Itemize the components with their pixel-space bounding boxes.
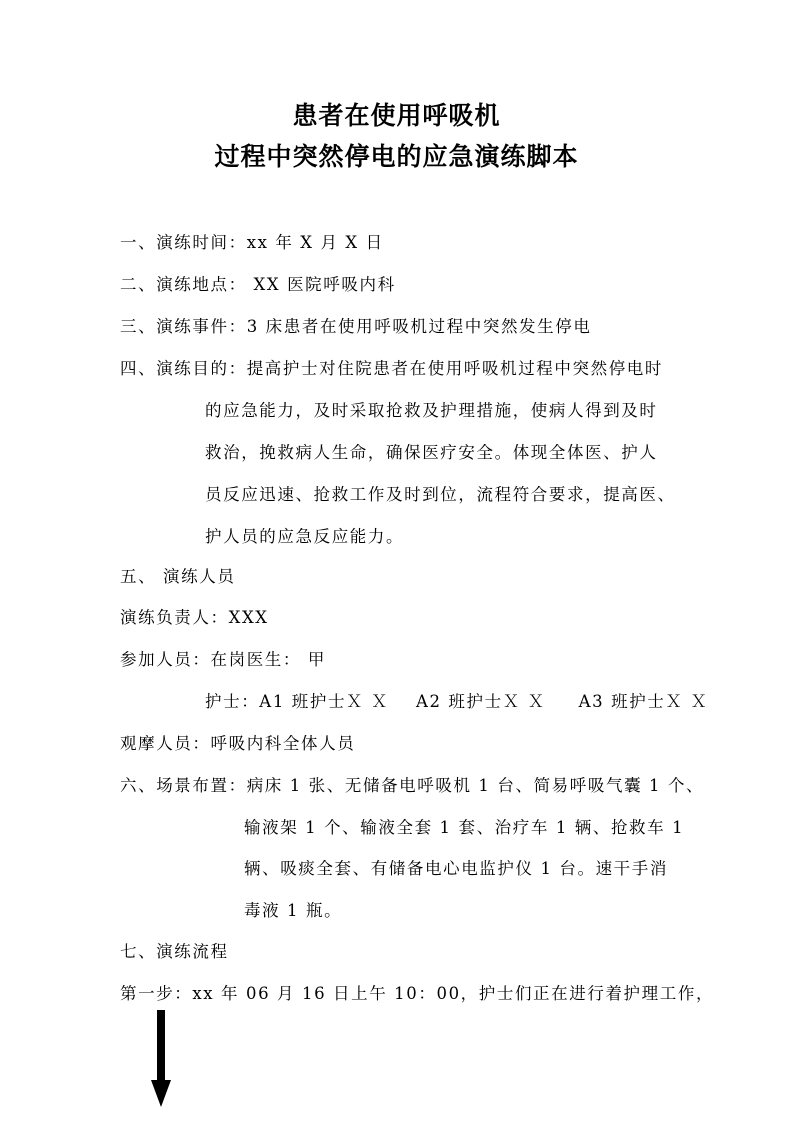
scene-setup-line-1: 六、场景布置：病床 1 张、无储备电呼吸机 1 台、简易呼吸气囊 1 个、 (120, 775, 704, 797)
title-line-2: 过程中突然停电的应急演练脚本 (0, 142, 793, 172)
scene-setup-line-4: 毒液 1 瓶。 (244, 900, 342, 922)
nurses-row: 护士：A1 班护士Ｘ Ｘ A2 班护士Ｘ Ｘ A3 班护士Ｘ Ｘ (205, 691, 708, 713)
drill-location: 二、演练地点： XX 医院呼吸内科 (120, 274, 396, 296)
nurse-a1: 护士：A1 班护士Ｘ Ｘ (205, 691, 389, 713)
drill-leader: 演练负责人：XXX (120, 607, 269, 629)
scene-setup-line-2: 输液架 1 个、输液全套 1 套、治疗车 1 辆、抢救车 1 (244, 817, 684, 839)
observers: 观摩人员：呼吸内科全体人员 (120, 733, 355, 755)
nurse-a3: A3 班护士Ｘ Ｘ (579, 691, 709, 713)
drill-time: 一、演练时间：xx 年 X 月 X 日 (120, 232, 384, 254)
participants: 参加人员：在岗医生： 甲 (120, 649, 326, 671)
process-heading: 七、演练流程 (120, 941, 229, 963)
nurse-a2: A2 班护士Ｘ Ｘ (416, 691, 546, 713)
drill-purpose-line-1: 四、演练目的：提高护士对住院患者在使用呼吸机过程中突然停电时 (120, 358, 663, 380)
down-arrow-icon (150, 1010, 172, 1108)
personnel-heading: 五、 演练人员 (120, 566, 235, 588)
scene-setup-line-3: 辆、吸痰全套、有储备电心电监护仪 1 台。速干手消 (244, 858, 668, 880)
drill-purpose-line-2: 的应急能力，及时采取抢救及护理措施，使病人得到及时 (205, 400, 658, 422)
drill-purpose-line-4: 员反应迅速、抢救工作及时到位，流程符合要求，提高医、 (205, 484, 676, 506)
drill-event: 三、演练事件：3 床患者在使用呼吸机过程中突然发生停电 (120, 316, 591, 338)
title-line-1: 患者在使用呼吸机 (0, 101, 793, 131)
step-1: 第一步：xx 年 06 月 16 日上午 10：00，护士们正在进行着护理工作， (120, 983, 714, 1005)
drill-purpose-line-3: 救治，挽救病人生命，确保医疗安全。体现全体医、护人 (205, 442, 658, 464)
drill-purpose-line-5: 护人员的应急反应能力。 (205, 526, 404, 548)
